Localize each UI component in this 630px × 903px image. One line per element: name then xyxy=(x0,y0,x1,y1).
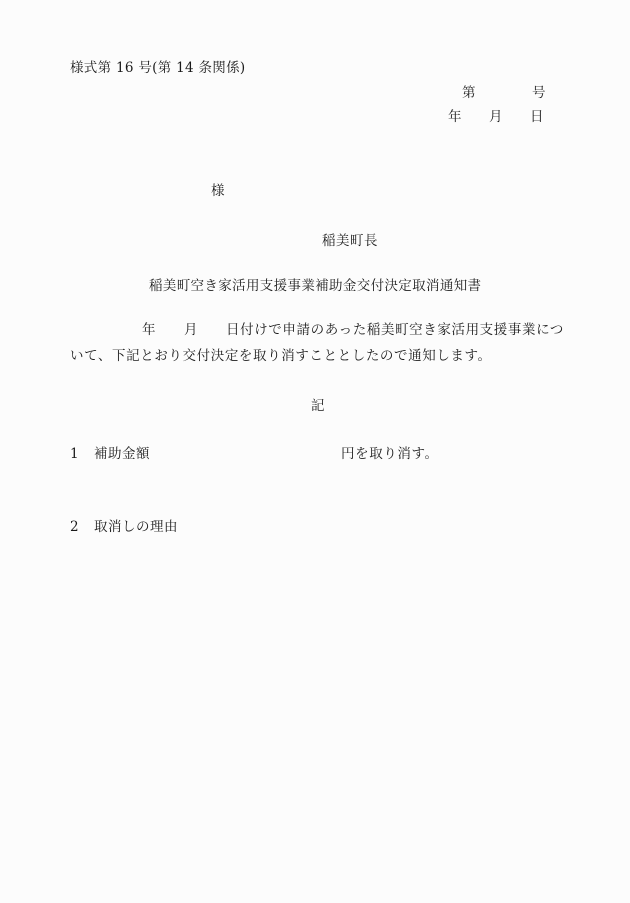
item-2-number: 2 xyxy=(70,521,79,535)
body-date-month: 月 xyxy=(184,324,198,338)
document-number-prefix: 第 xyxy=(462,87,476,101)
item-1-amount-tail: 円を取り消す。 xyxy=(341,448,439,462)
date-year-label: 年 xyxy=(448,111,462,125)
item-1-number: 1 xyxy=(70,448,79,462)
date-day-label: 日 xyxy=(530,111,544,125)
document-title: 稲美町空き家活用支援事業補助金交付決定取消通知書 xyxy=(149,280,481,294)
document-number-suffix: 号 xyxy=(532,87,546,101)
date-month-label: 月 xyxy=(489,111,503,125)
body-date-year: 年 xyxy=(142,324,156,338)
issuer-name: 稲美町長 xyxy=(322,235,378,249)
form-label: 様式第 16 号(第 14 条関係) xyxy=(70,62,245,76)
recipient-honorific: 様 xyxy=(211,185,225,199)
item-1-label: 補助金額 xyxy=(94,448,150,462)
item-2-label: 取消しの理由 xyxy=(94,521,178,535)
body-text-line1: 日付けで申請のあった稲美町空き家活用支援事業につ xyxy=(226,324,564,338)
body-text-line2: いて、下記とおり交付決定を取り消すこととしたので通知します。 xyxy=(70,350,492,364)
document-page: 様式第 16 号(第 14 条関係) 第 号 年 月 日 様 稲美町長 稲美町空… xyxy=(0,0,630,903)
ki-heading: 記 xyxy=(311,400,325,414)
